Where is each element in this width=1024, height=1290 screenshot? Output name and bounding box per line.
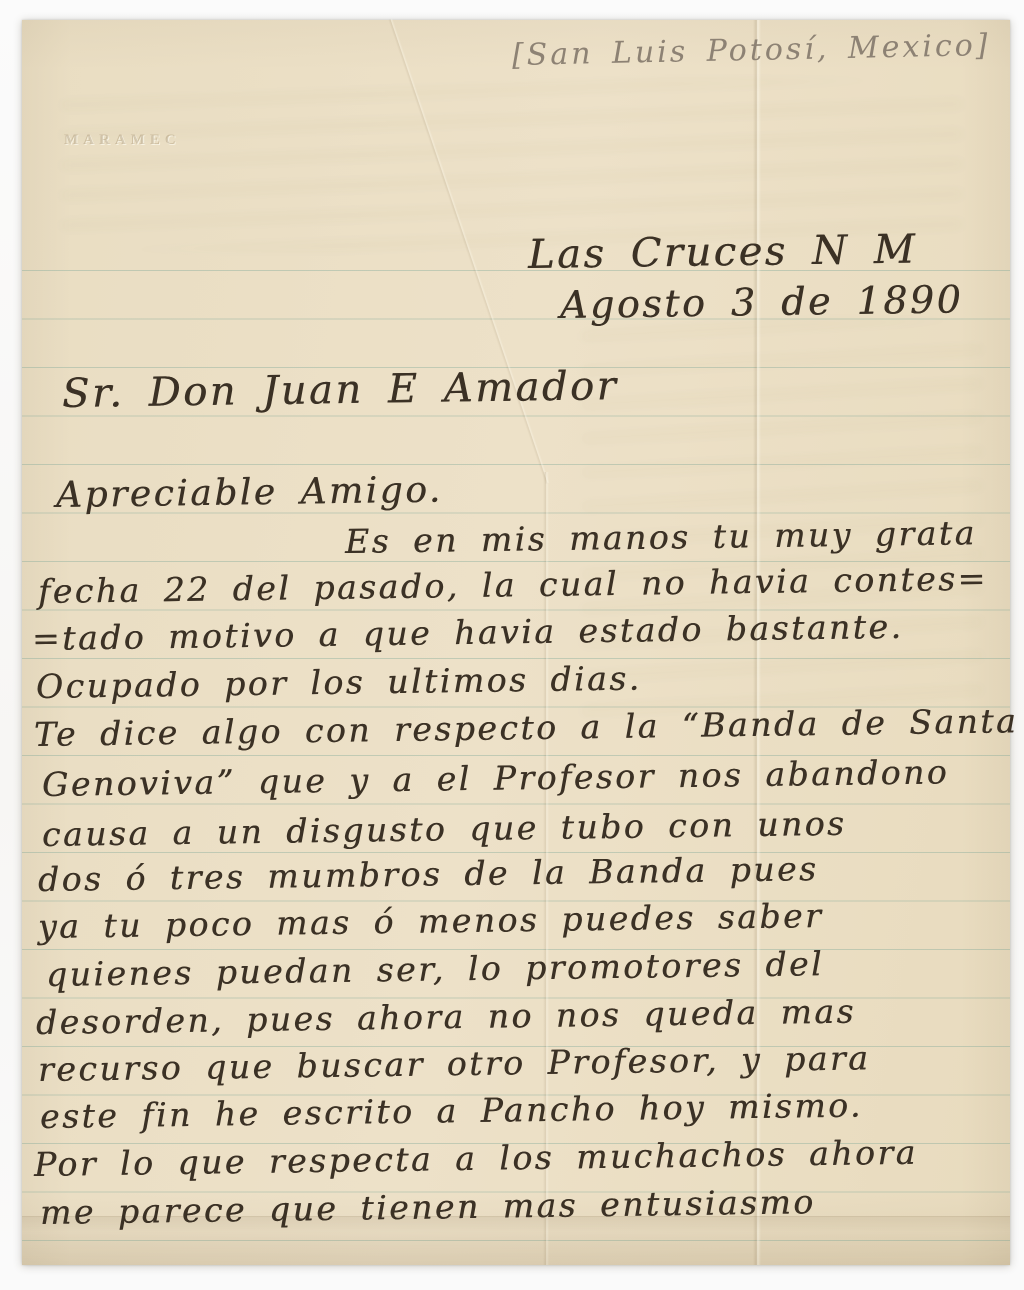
body-line: dos ó tres mumbros de la Banda pues (38, 852, 819, 896)
embossed-watermark: MARAMEC (64, 132, 181, 149)
bleed-through-texture (62, 80, 962, 250)
scanner-background: MARAMEC [San Luis Potosí, Mexico] Las Cr… (0, 0, 1024, 1290)
body-line: causa a un disgusto que tubo con unos (42, 807, 847, 851)
body-line: me parece que tienen mas entusiasmo (40, 1185, 816, 1229)
letter-page: MARAMEC [San Luis Potosí, Mexico] Las Cr… (22, 20, 1010, 1265)
pencil-annotation: [San Luis Potosí, Mexico] (512, 28, 991, 73)
dateline-place: Las Cruces N M (528, 230, 918, 275)
recipient-line: Sr. Don Juan E Amador (62, 366, 619, 414)
body-line: Ocupado por los ultimos dias. (36, 662, 642, 703)
body-line: ya tu poco mas ó menos puedes saber (38, 899, 824, 943)
salutation-line: Apreciable Amigo. (56, 473, 443, 514)
body-line: quienes puedan ser, lo promotores del (46, 947, 825, 991)
body-line: Es en mis manos tu muy grata (345, 516, 977, 558)
dateline-date: Agosto 3 de 1890 (560, 280, 964, 324)
